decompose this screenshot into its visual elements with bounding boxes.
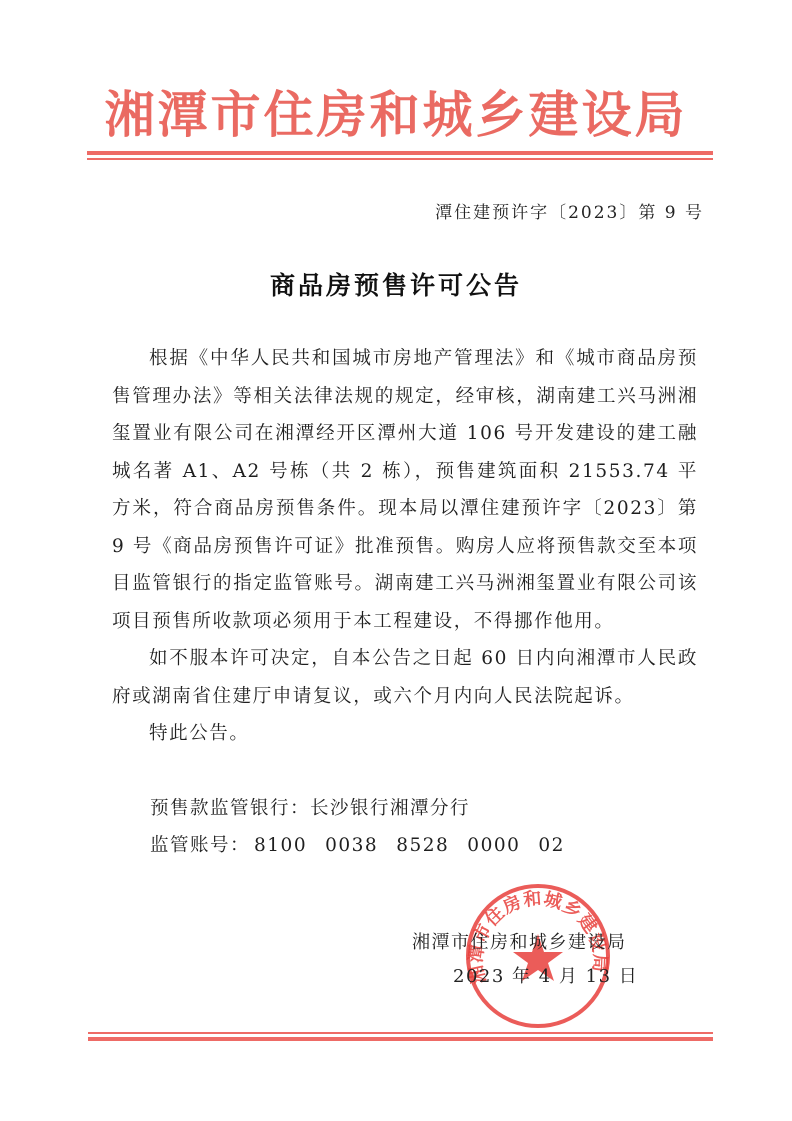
footer-rule-thick [88,1037,713,1041]
header-rule-thin [87,158,713,160]
account-group: 0000 [467,835,520,856]
document-number: 潭住建预许字〔2023〕第 9 号 [435,198,704,223]
footer-rule-thin [88,1032,713,1034]
paragraph-main: 根据《中华人民共和国城市房地产管理法》和《城市商品房预售管理办法》等相关法律法规… [112,340,698,640]
account-group: 0038 [325,835,378,856]
document-title: 商品房预售许可公告 [0,266,792,302]
paragraph-closing: 特此公告。 [112,715,698,753]
bank-label: 预售款监管银行： [150,798,310,819]
document-page: 湘潭市住房和城乡建设局 潭住建预许字〔2023〕第 9 号 商品房预售许可公告 … [0,0,792,1121]
bank-name: 长沙银行湘潭分行 [310,798,470,819]
account-group: 02 [538,835,565,856]
signature-issuer: 湘潭市住房和城乡建设局 [412,928,627,954]
header-rule-thick [87,151,713,155]
official-seal-icon: 湘潭市住房和城乡建设局 [464,882,612,1030]
issuer-red-header: 湘潭市住房和城乡建设局 [0,80,792,150]
account-line: 监管账号：810000388528000002 [150,827,583,864]
bank-line: 预售款监管银行：长沙银行湘潭分行 [150,790,583,827]
account-group: 8100 [254,835,307,856]
signature-date: 2023 年 4 月 13 日 [453,962,638,988]
account-group: 8528 [396,835,449,856]
document-body: 根据《中华人民共和国城市房地产管理法》和《城市商品房预售管理办法》等相关法律法规… [112,340,698,753]
bank-info: 预售款监管银行：长沙银行湘潭分行 监管账号：810000388528000002 [150,790,583,864]
account-label: 监管账号： [150,835,250,856]
paragraph-appeal: 如不服本许可决定，自本公告之日起 60 日内向湘潭市人民政府或湖南省住建厅申请复… [112,640,698,715]
